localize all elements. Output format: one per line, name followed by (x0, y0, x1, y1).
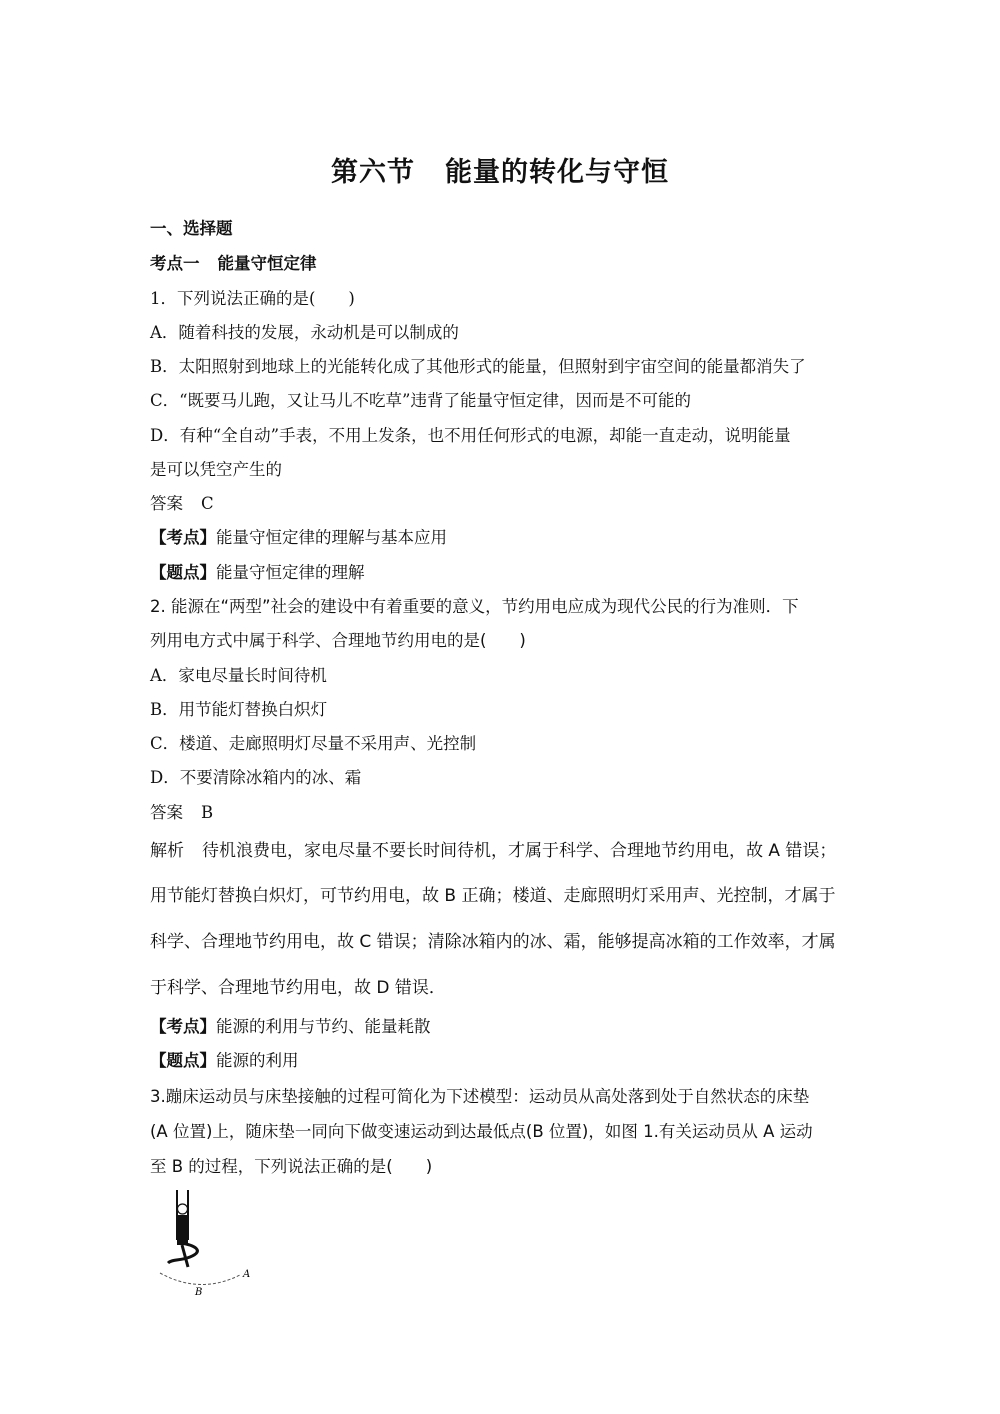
question-2-analysis-line3: 科学、合理地节约用电，故 C 错误；清除冰箱内的冰、霜，能够提高冰箱的工作效率，… (150, 932, 836, 952)
question-3-stem-line1: 3.蹦床运动员与床垫接触的过程可简化为下述模型：运动员从高处落到处于自然状态的床… (150, 1087, 809, 1107)
analysis-text: 待机浪费电，家电尽量不要长时间待机，才属于科学、合理地节约用电，故 A 错误； (202, 841, 836, 861)
question-1-option-b: B．太阳照射到地球上的光能转化成了其他形式的能量，但照射到宇宙空间的能量都消失了 (150, 357, 806, 377)
figure-label-b: B (194, 1287, 202, 1295)
answer-label: 答案 (150, 494, 183, 513)
figure-label-a: A (242, 1269, 250, 1280)
answer-label: 答案 (150, 803, 183, 822)
question-2-kaodian: 【考点】能源的利用与节约、能量耗散 (150, 1017, 431, 1037)
question-1-option-d-cont: 是可以凭空产生的 (150, 460, 282, 480)
question-1-option-a: A．随着科技的发展，永动机是可以制成的 (150, 323, 459, 343)
question-2-analysis-line1: 解析待机浪费电，家电尽量不要长时间待机，才属于科学、合理地节约用电，故 A 错误… (150, 841, 836, 861)
title-section-number: 第六节 (331, 157, 415, 188)
question-3-stem-line3: 至 B 的过程，下列说法正确的是( ) (150, 1157, 432, 1177)
question-2-stem-line1: 2. 能源在“两型”社会的建设中有着重要的意义，节约用电应成为现代公民的行为准则… (150, 597, 799, 617)
topic-heading: 考点一能量守恒定律 (150, 254, 317, 274)
question-2-answer: 答案B (150, 803, 213, 823)
topic-label: 考点一 (150, 254, 200, 273)
question-2-option-d: D．不要清除冰箱内的冰、霜 (150, 768, 361, 788)
section-heading: 一、选择题 (150, 219, 233, 239)
question-2-analysis-line4: 于科学、合理地节约用电，故 D 错误． (150, 978, 446, 998)
question-2-option-a: A．家电尽量长时间待机 (150, 666, 327, 686)
answer-value: B (201, 803, 213, 822)
question-2-option-b: B．用节能灯替换白炽灯 (150, 700, 327, 720)
question-2-analysis-line2: 用节能灯替换白炽灯，可节约用电，故 B 正确；楼道、走廊照明灯采用声、光控制，才… (150, 886, 835, 906)
page-title: 第六节能量的转化与守恒 (0, 150, 1000, 189)
tidian-value: 能源的利用 (216, 1051, 299, 1070)
tidian-label: 【题点】 (150, 563, 216, 582)
trampolinist-diagram-icon: A B (150, 1185, 260, 1295)
question-1-option-c: C．“既要马儿跑，又让马儿不吃草”违背了能量守恒定律，因而是不可能的 (150, 391, 691, 411)
analysis-label: 解析 (150, 841, 184, 861)
title-topic: 能量的转化与守恒 (445, 157, 669, 188)
question-1-answer: 答案C (150, 494, 214, 514)
question-2-stem-line2: 列用电方式中属于科学、合理地节约用电的是( ) (150, 631, 526, 651)
question-1-option-d: D．有种“全自动”手表，不用上发条，也不用任何形式的电源，却能一直走动，说明能量 (150, 426, 791, 446)
question-2-tidian: 【题点】能源的利用 (150, 1051, 299, 1071)
question-1-tidian: 【题点】能量守恒定律的理解 (150, 563, 365, 583)
question-3-stem-line2: (A 位置)上，随床垫一同向下做变速运动到达最低点(B 位置)，如图 1.有关运… (150, 1122, 813, 1142)
kaodian-label: 【考点】 (150, 1017, 216, 1036)
answer-value: C (201, 494, 214, 513)
kaodian-label: 【考点】 (150, 528, 216, 547)
kaodian-value: 能源的利用与节约、能量耗散 (216, 1017, 431, 1036)
kaodian-value: 能量守恒定律的理解与基本应用 (216, 528, 447, 547)
question-1-stem: 1．下列说法正确的是( ) (150, 289, 355, 309)
question-1-kaodian: 【考点】能量守恒定律的理解与基本应用 (150, 528, 447, 548)
question-2-option-c: C．楼道、走廊照明灯尽量不采用声、光控制 (150, 734, 476, 754)
tidian-label: 【题点】 (150, 1051, 216, 1070)
trampoline-figure: A B (150, 1185, 260, 1295)
tidian-value: 能量守恒定律的理解 (216, 563, 365, 582)
topic-name: 能量守恒定律 (218, 254, 317, 273)
